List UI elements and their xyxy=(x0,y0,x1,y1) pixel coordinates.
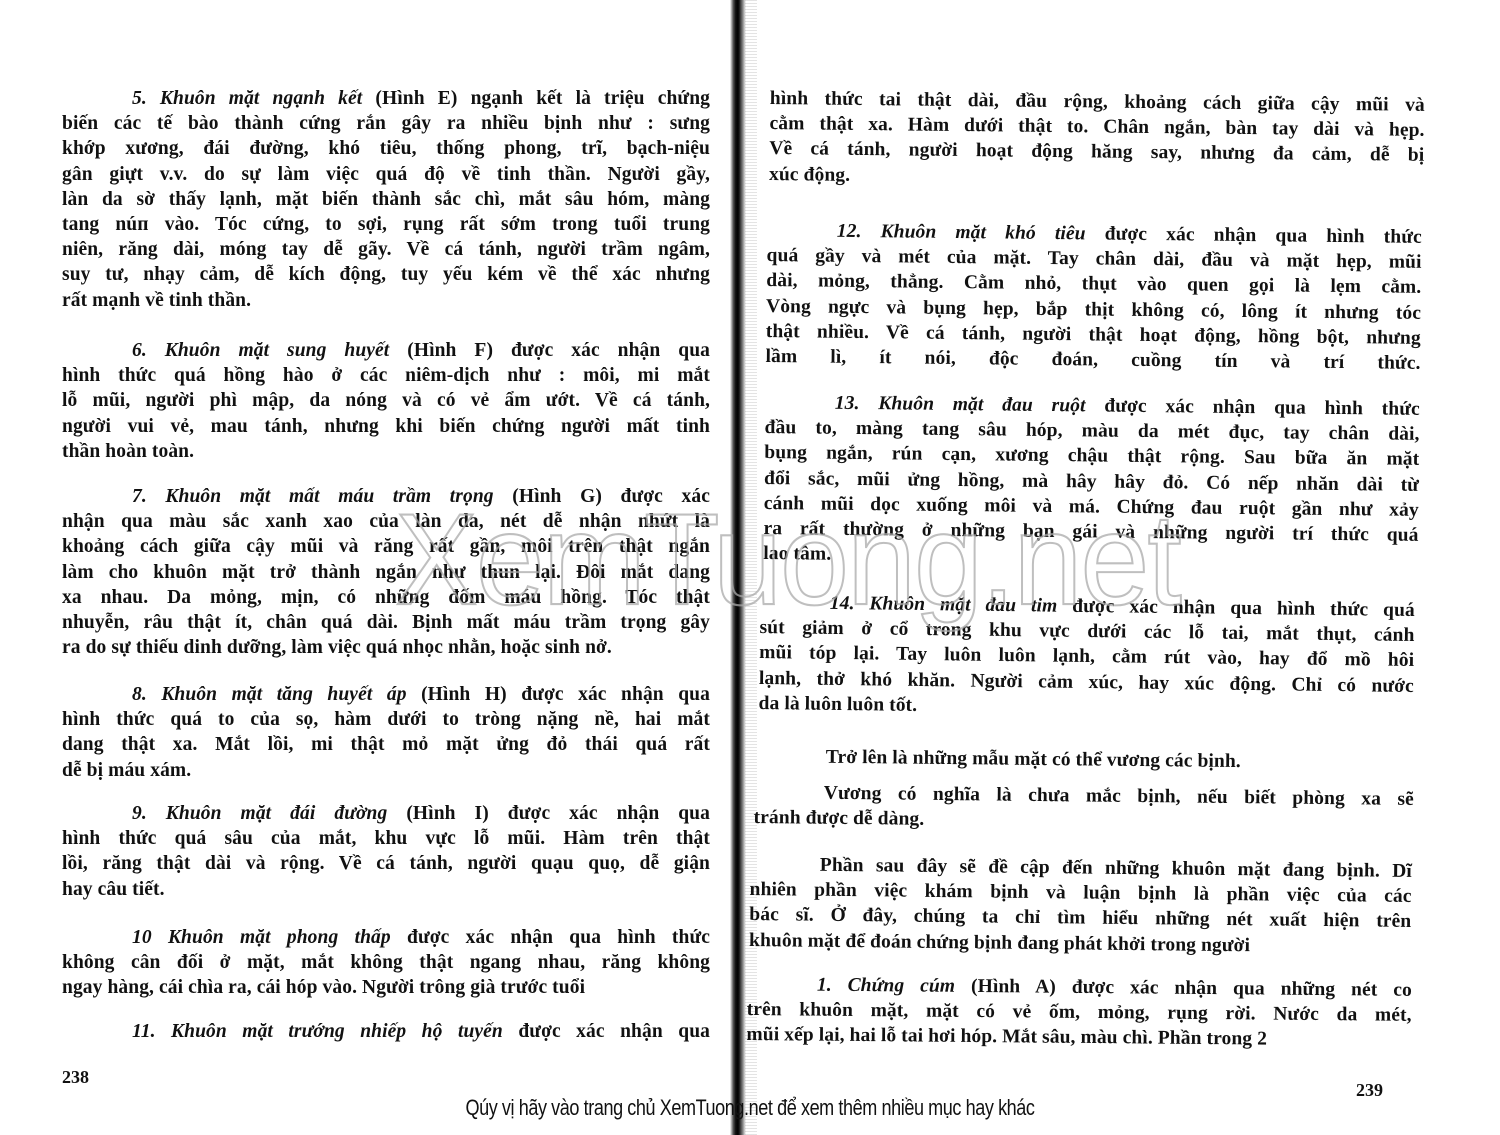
paragraph-7-mat-mau: 7. Khuôn mặt mất máu trầm trọng (Hình G)… xyxy=(62,484,710,660)
paragraph-14-dau-tim: 14. Khuôn mặt đau tim được xác nhận qua … xyxy=(758,590,1414,724)
paragraph-8-tang-huyet-ap: 8. Khuôn mặt tăng huyết áp (Hình H) được… xyxy=(62,682,710,783)
left-book-page: 5. Khuôn mặt ngạnh kết (Hình E) ngạnh kế… xyxy=(0,0,735,1135)
section-title: 9. Khuôn mặt đái đường xyxy=(132,803,387,824)
section-title: 5. Khuôn mặt ngạnh kết xyxy=(132,88,362,109)
section-title: 10 Khuôn mặt phong thấp xyxy=(132,927,391,948)
paragraph-11-truong-nhiep-ho-tuyen: 11. Khuôn mặt trướng nhiếp hộ tuyến được… xyxy=(62,1019,710,1044)
page-number-left: 238 xyxy=(62,1067,89,1088)
paragraph-13-dau-ruot: 13. Khuôn mặt đau ruột được xác nhận qua… xyxy=(763,390,1420,573)
section-title: 7. Khuôn mặt mất máu trầm trọng xyxy=(132,486,494,507)
paragraph-summary: Trở lên là những mẫu mặt có thể vương cá… xyxy=(756,744,1416,776)
paragraph-6-sung-huyet: 6. Khuôn mặt sung huyết (Hình F) được xá… xyxy=(62,338,710,464)
right-book-page: hình thức tai thật dài, đầu rộng, khoảng… xyxy=(742,0,1500,1135)
paragraph-5-ngach-ket: 5. Khuôn mặt ngạnh kết (Hình E) ngạnh kế… xyxy=(62,86,710,313)
paragraph-11-continued: hình thức tai thật dài, đầu rộng, khoảng… xyxy=(769,86,1425,194)
section-title: 14. Khuôn mặt đau tim xyxy=(830,593,1058,617)
paragraph-introduction-sick-faces: Phần sau đây sẽ đề cập đến những khuôn m… xyxy=(749,852,1412,960)
section-title: 13. Khuôn mặt đau ruột xyxy=(835,393,1086,417)
section-title: 12. Khuôn mặt khó tiêu xyxy=(837,221,1086,245)
paragraph-9-dai-duong: 9. Khuôn mặt đái đường (Hình I) được xác… xyxy=(62,801,710,902)
section-title: 8. Khuôn mặt tăng huyết áp xyxy=(132,684,407,705)
paragraph-10-phong-thap: 10 Khuôn mặt phong thấp được xác nhận qu… xyxy=(62,925,710,1001)
footer-promo-text: Qúy vị hãy vào trang chủ XemTuong.net để… xyxy=(135,1095,1365,1121)
paragraph-1-chung-cum: 1. Chứng cúm (Hình A) được xác nhận qua … xyxy=(746,972,1412,1053)
section-title: 11. Khuôn mặt trướng nhiếp hộ tuyến xyxy=(132,1021,503,1042)
paragraph-12-kho-tieu: 12. Khuôn mặt khó tiêu được xác nhận qua… xyxy=(765,218,1422,376)
paragraph-vuong-definition: Vương có nghĩa là chưa mắc bịnh, nếu biế… xyxy=(753,780,1413,837)
section-title: 1. Chứng cúm xyxy=(817,975,955,997)
section-title: 6. Khuôn mặt sung huyết xyxy=(132,340,389,361)
